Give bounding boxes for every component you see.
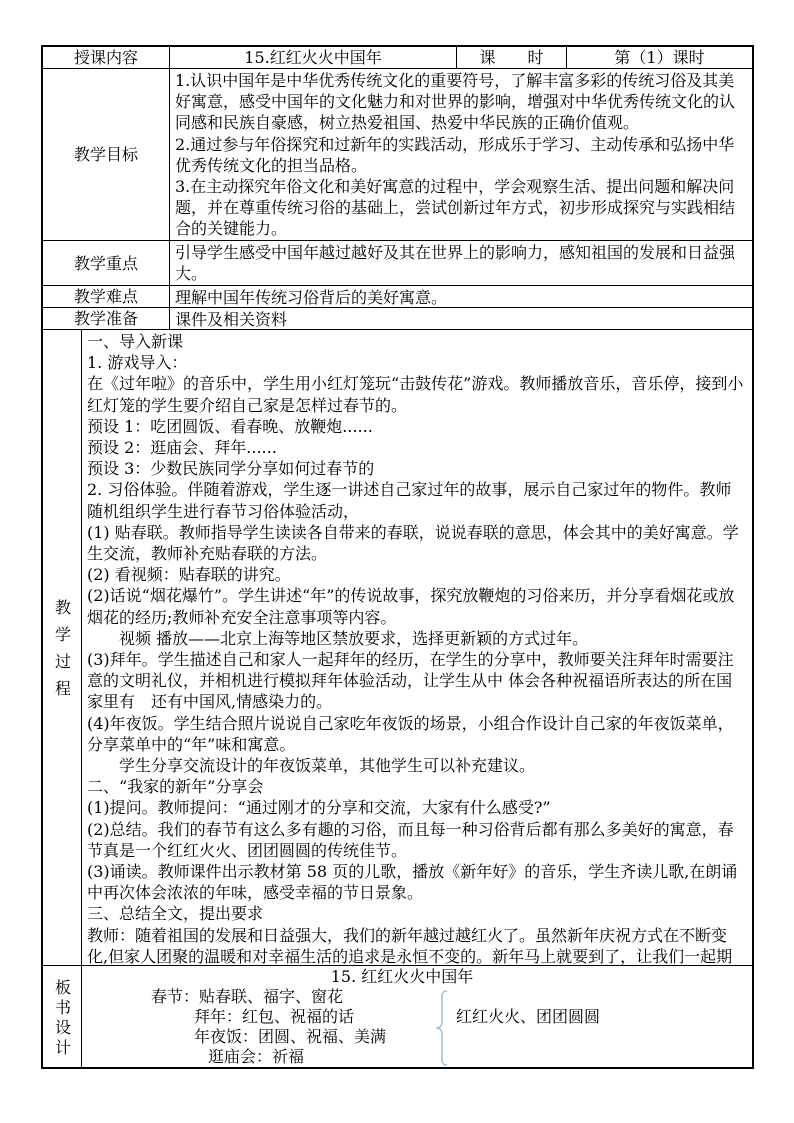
board-item: 逛庙会：祈福 [208, 1047, 752, 1067]
key-point-text: 引导学生感受中国年越过越好及其在世界上的影响力，感知祖国的发展和日益强大。 [175, 242, 746, 284]
process-line: 二、“我家的新年”分享会 [87, 776, 746, 797]
process-line: 预设 2：逛庙会、拜年...... [87, 437, 746, 458]
difficulty-content: 理解中国年传统习俗背后的美好寓意。 [170, 286, 752, 307]
process-line: (3)诵读。教师课件出示教材第 58 页的儿歌，播放《新年好》的音乐，学生齐读儿… [87, 861, 746, 903]
board-title: 15. 红红火火中国年 [87, 967, 752, 987]
process-line: 在《过年啦》的音乐中，学生用小红灯笼玩“击鼓传花”游戏。教师播放音乐，音乐停，接… [87, 373, 746, 415]
process-line: 预设 3：少数民族同学分享如何过春节的 [87, 458, 746, 479]
process-line: 一、导入新课 [87, 331, 746, 352]
table-row-key-point: 教学重点 引导学生感受中国年越过越好及其在世界上的影响力，感知祖国的发展和日益强… [43, 241, 752, 286]
process-line: (4)年夜饭。学生结合照片说说自己家吃年夜饭的场景，小组合作设计自己家的年夜饭菜… [87, 713, 746, 755]
difficulty-text: 理解中国年传统习俗背后的美好寓意。 [175, 287, 746, 307]
goals-content: 1.认识中国年是中华优秀传统文化的重要符号，了解丰富多彩的传统习俗及其美好寓意，… [170, 69, 752, 240]
goal-paragraph: 2.通过参与年俗探究和过新年的实践活动，形成乐于学习、主动传承和弘扬中华优秀传统… [175, 134, 746, 176]
process-content: 一、导入新课 1. 游戏导入： 在《过年啦》的音乐中，学生用小红灯笼玩“击鼓传花… [82, 330, 752, 965]
board-design-content: 15. 红红火火中国年 春节：贴春联、福字、窗花 拜年：红包、祝福的话 年夜饭：… [82, 966, 752, 1067]
field-label-key-point: 教学重点 [43, 241, 170, 285]
lesson-title: 15.红红火火中国年 [170, 47, 457, 68]
period-value: 第（1）课时 [567, 47, 752, 68]
brace-icon [434, 990, 450, 1066]
field-label-process: 教学过程 [43, 330, 82, 965]
process-line: 预设 1：吃团圆饭、看春晚、放鞭炮...... [87, 416, 746, 437]
process-line: 学生分享交流设计的年夜饭菜单，其他学生可以补充建议。 [87, 755, 746, 776]
preparation-text: 课件及相关资料 [175, 309, 746, 329]
board-item: 年夜饭：团圆、祝福、美满 [194, 1027, 752, 1047]
field-label-preparation: 教学准备 [43, 308, 170, 329]
key-point-content: 引导学生感受中国年越过越好及其在世界上的影响力，感知祖国的发展和日益强大。 [170, 241, 752, 285]
table-row-process: 教学过程 一、导入新课 1. 游戏导入： 在《过年啦》的音乐中，学生用小红灯笼玩… [43, 330, 752, 966]
preparation-content: 课件及相关资料 [170, 308, 752, 329]
table-row-difficulty: 教学难点 理解中国年传统习俗背后的美好寓意。 [43, 286, 752, 308]
process-line: (1)提问。教师提问：“通过刚才的分享和交流，大家有什么感受?” [87, 797, 746, 818]
field-label-difficulty: 教学难点 [43, 286, 170, 307]
table-row-preparation: 教学准备 课件及相关资料 [43, 308, 752, 330]
field-label-lesson-content: 授课内容 [43, 47, 170, 68]
process-line: 视频 播放——北京上海等地区禁放要求，选择更新颖的方式过年。 [87, 628, 746, 649]
process-line: 三、总结全文，提出要求 [87, 903, 746, 924]
field-label-goals: 教学目标 [43, 69, 170, 240]
board-item: 春节：贴春联、福字、窗花 [151, 987, 752, 1007]
lesson-plan-table: 授课内容 15.红红火火中国年 课 时 第（1）课时 教学目标 1.认识中国年是… [41, 45, 754, 1069]
process-line: (2)话说“烟花爆竹”。学生讲述“年”的传说故事，探究放鞭炮的习俗来历，并分享看… [87, 585, 746, 627]
document-page: { "colors": { "border": "#000000", "brac… [0, 0, 794, 1123]
field-label-board-design: 板书设计 [43, 966, 82, 1067]
goal-paragraph: 3.在主动探究年俗文化和美好寓意的过程中，学会观察生活、提出问题和解决问题，并在… [175, 176, 746, 240]
process-line: (3)拜年。学生描述自己和家人一起拜年的经历，在学生的分享中，教师要关注拜年时需… [87, 649, 746, 713]
process-line: 2. 习俗体验。伴随着游戏，学生逐一讲述自己家过年的故事，展示自己家过年的物件。… [87, 479, 746, 521]
process-line: 1. 游戏导入： [87, 352, 746, 373]
table-row-board-design: 板书设计 15. 红红火火中国年 春节：贴春联、福字、窗花 拜年：红包、祝福的话… [43, 966, 752, 1067]
process-line: 教师：随着祖国的发展和日益强大，我们的新年越过越红火了。虽然新年庆祝方式在不断变… [87, 925, 746, 965]
process-line: (2)总结。我们的春节有这么多有趣的习俗，而且每一种习俗背后都有那么多美好的寓意… [87, 819, 746, 861]
board-summary: 红红火火、团团圆圆 [456, 1006, 600, 1027]
field-label-period: 课 时 [457, 47, 567, 68]
table-row-goals: 教学目标 1.认识中国年是中华优秀传统文化的重要符号，了解丰富多彩的传统习俗及其… [43, 69, 752, 241]
process-line: (2) 看视频：贴春联的讲究。 [87, 564, 746, 585]
table-row-header: 授课内容 15.红红火火中国年 课 时 第（1）课时 [43, 47, 752, 69]
process-line: (1) 贴春联。教师指导学生读读各自带来的春联，说说春联的意思，体会其中的美好寓… [87, 522, 746, 564]
goal-paragraph: 1.认识中国年是中华优秀传统文化的重要符号，了解丰富多彩的传统习俗及其美好寓意，… [175, 70, 746, 134]
